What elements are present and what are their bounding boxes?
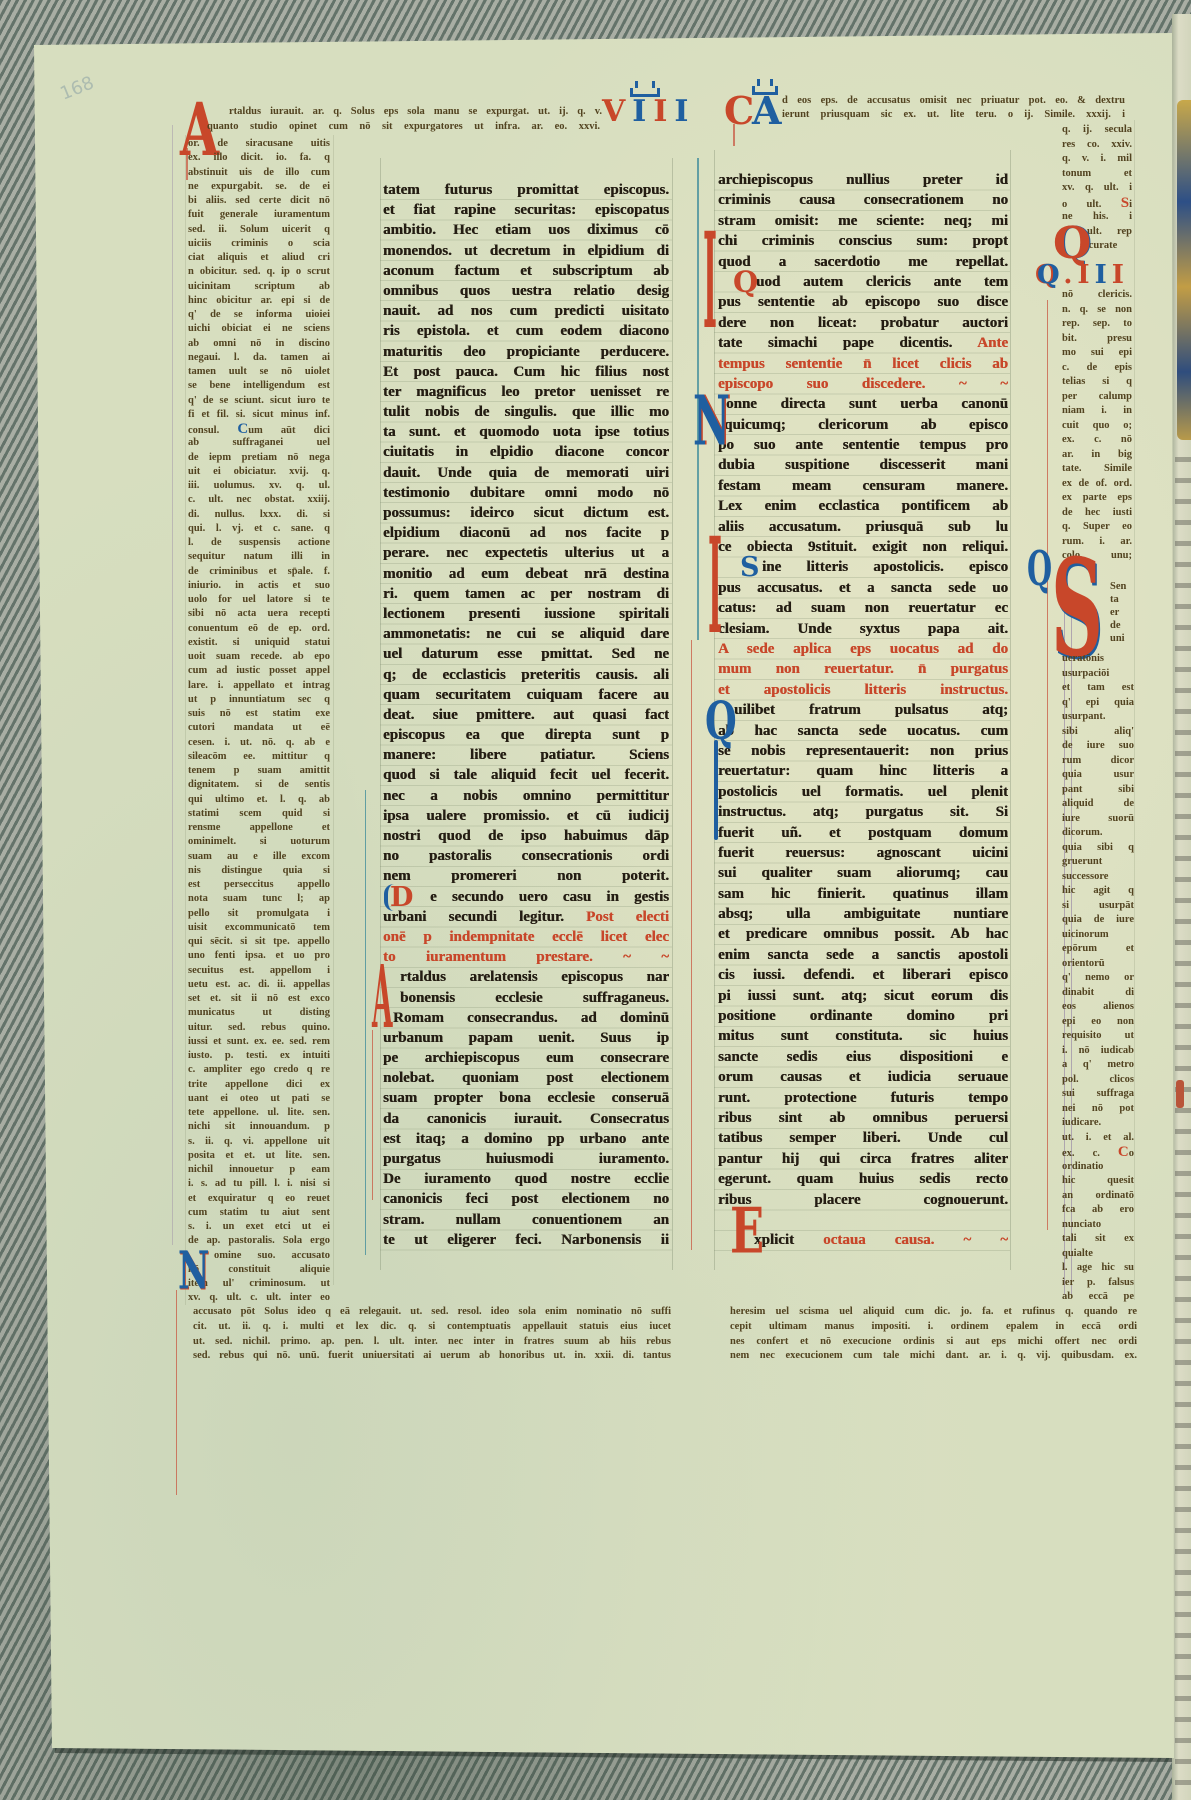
text-line: ter magnificus leo pretor uenisset re [383, 382, 669, 402]
gloss-line: negaui. l. da. tamen ai [188, 351, 330, 365]
text-line: ri. quem tamen ac per nostram di [383, 584, 669, 604]
text-line: fuerit reuersus: agnoscant uicini [718, 843, 1008, 863]
text-line: nolebat. quoniam post electionem [383, 1068, 669, 1088]
gloss-line: quia de iure [1062, 913, 1134, 928]
text-line: chi criminis conscius sum: propt [718, 231, 1008, 251]
gloss-line: n. q. se non [1062, 303, 1132, 318]
text-line: ribus sint ab omnibus peruersi [718, 1108, 1008, 1128]
gloss-line: de iure suo [1062, 739, 1134, 754]
gloss-line: uicinorum [1062, 928, 1134, 943]
gloss-line: or. de siracusane uitis [188, 137, 330, 151]
text-line: Et post pauca. Cum hic filius nost [383, 362, 669, 382]
gloss-line: est perseccitus appello [188, 878, 330, 892]
text-line: uilibet fratrum pulsatus atq; [718, 700, 1008, 720]
gloss-line: quia usur [1062, 768, 1134, 783]
text-line: dere non liceat: probatur auctori [718, 313, 1008, 333]
quaestio-dot: . [1063, 260, 1077, 290]
gloss-line: tonum et [1062, 167, 1132, 182]
gloss-line: lare. i. appellato et intrag [188, 679, 330, 693]
ruling-bound-line [1010, 150, 1011, 1270]
text-line: deat. siue pmittere. aut quasi fact [383, 705, 669, 725]
gloss-line: et tam est [1062, 681, 1134, 696]
text-line: elpidium diaconū ad nos facite p [383, 523, 669, 543]
gloss-line: s. i. un exet etci ut ei [188, 1220, 330, 1234]
gloss-line: cuit quo o; [1062, 419, 1132, 434]
text-line: monendos. ut decretum in elpidium di [383, 241, 669, 261]
text-line: quod a sacerdotio me repellat. [718, 252, 1008, 272]
gloss-segment: o [1129, 1148, 1134, 1159]
gloss-line-with-initial: o ult. Si [1062, 196, 1132, 211]
text-line: orum causas et iudicia seruaue [718, 1067, 1008, 1087]
text-line: Romam consecrandus. ad dominū [383, 1008, 669, 1028]
text-line: pus sententie ab episcopo suo disce [718, 292, 1008, 312]
gloss-line: ar. in big [1062, 448, 1132, 463]
text-line: uod autem clericis ante tem [718, 272, 1008, 292]
gloss-line: nichi sit innouandum. p [188, 1120, 330, 1134]
gloss-column-left: or. de siracusane uitis ex. illo dicit. … [188, 137, 330, 1306]
text-line: sam hic finierit. quatinus illam [718, 884, 1008, 904]
gloss-line: si usurpāt [1062, 899, 1134, 914]
text-line: ine litteris apostolicis. episco [718, 557, 1008, 577]
gloss-line: d eos eps. de accusatus omisit nec priua… [782, 94, 1125, 108]
gloss-line: se bene intelligendum est [188, 379, 330, 393]
rubric-line: A sede aplica eps uocatus ad do [718, 639, 1008, 659]
gloss-line: q' de se informa uioiei [188, 308, 330, 322]
gloss-line: de criminibus et sp̄ale. f. [188, 565, 330, 579]
text-line: no pastoralis consecrationis ordi [383, 846, 669, 866]
gloss-line: nis distingue quia si [188, 864, 330, 878]
gloss-line: ierunt priusquam sic ex. ut. lite teru. … [782, 108, 1125, 122]
pen-flourish-line [176, 1290, 177, 1495]
gloss-line: uno fenti ipsa. et uo pro [188, 949, 330, 963]
rubric-segment: Ante [977, 335, 1008, 351]
text-line: tatibus semper liberi. Unde cul [718, 1128, 1008, 1148]
gloss-line: hic quesit [1062, 1174, 1134, 1189]
text-line: catus: ad suam non reuertatur ec [718, 598, 1008, 618]
pen-flourish-line [691, 640, 692, 1250]
gloss-line: rensme appellone et [188, 821, 330, 835]
gloss-initial-c: C [237, 422, 248, 436]
gloss-line: res co. xxiv. [1062, 138, 1132, 153]
gloss-line: c. ampliter ego credo q re [188, 1063, 330, 1077]
decorated-initial-i: I [708, 522, 722, 654]
gloss-line: ex parte eps [1062, 491, 1132, 506]
text-line: quam securitatem cuiquam facere au [383, 685, 669, 705]
gloss-line: suam au e ille excom [188, 850, 330, 864]
text-line: positione ordinante domino pri [718, 1006, 1008, 1026]
rubric-line: to iuramentum prestare. ~ ~ [383, 947, 669, 967]
gloss-line-with-initial: ex. c. Co [1062, 1145, 1134, 1160]
gloss-line-with-initial: consul. Cum aūt dici [188, 422, 330, 436]
gloss-line: iniurio. in actis et suo [188, 579, 330, 593]
ruling-bound-line [333, 135, 334, 1285]
text-line: po suo ante sententie tempus pro [718, 435, 1008, 455]
gloss-line: fuit generale iuramentum [188, 208, 330, 222]
gloss-line: c. ult. nec obstat. xxiij. [188, 493, 330, 507]
gloss-line: suis nō est statim exe [188, 707, 330, 721]
text-line: pus accusatus. et a sancta sede uo [718, 578, 1008, 598]
text-line: uel daturum esse pmittat. Sed ne [383, 644, 669, 664]
text-line: egerunt. quam huius sedis recto [718, 1169, 1008, 1189]
gloss-line: fca ab ero [1062, 1203, 1134, 1218]
ruling-bound-line [185, 135, 186, 1305]
decorated-initial-i: I [703, 217, 717, 349]
gloss-line: Sen [1110, 580, 1134, 593]
decorated-initial-d: D [384, 884, 413, 911]
quaestio-numeral-letter: I [1095, 260, 1112, 290]
gloss-line: ne expurgabit. se. de ei [188, 180, 330, 194]
text-line: testimonio dubitare omni modo nō [383, 483, 669, 503]
text-line: bonensis ecclesie suffraganeus. [383, 988, 669, 1008]
gloss-line: ut. sed. nichil. primo. ap. pen. l. ult.… [193, 1335, 671, 1350]
gloss-line: de [1110, 619, 1134, 632]
gloss-line: ex. c. nō [1062, 433, 1132, 448]
text-segment: tate simachi pape dicentis. [718, 335, 952, 351]
gloss-line: ab eccā pe [1062, 1290, 1134, 1305]
numeral-letter: I [653, 94, 674, 129]
gloss-line: hinc obicitur ar. epi si de [188, 294, 330, 308]
text-line: nauit. ad nos cum predicti uisitato [383, 301, 669, 321]
text-line: q; de ecclasticis preteritis causis. ali [383, 665, 669, 685]
text-line: fuerit uñ. et postquam domum [718, 823, 1008, 843]
text-line: pi iussi sunt. atq; sicut eorum dis [718, 986, 1008, 1006]
gloss-line: sui suffraga [1062, 1087, 1134, 1102]
text-line: stram omisit: me sciente: neq; mi [718, 211, 1008, 231]
text-line: ciuitatis in elpidio diacone concor [383, 442, 669, 462]
text-line: ipsa ualere promissio. et cū iudicij [383, 806, 669, 826]
quaestio-marker: Q.III [1037, 262, 1129, 288]
gloss-line: q' epi quia [1062, 696, 1134, 711]
gloss-line: iii. uolumus. xv. q. ul. [188, 479, 330, 493]
gloss-line: q' de se sciunt. sicut iuro te [188, 394, 330, 408]
gloss-line: uetu est. ac. di. ii. appellas [188, 978, 330, 992]
gloss-line: sileacōm ee. mittitur q [188, 750, 330, 764]
ruling-bound-line [1134, 120, 1135, 1300]
text-line-with-rubric: tate simachi pape dicentis. Ante [718, 333, 1008, 353]
text-line: absq; ulla ambiguitate nuntiare [718, 904, 1008, 924]
text-line: purgatus huiusmodi iuramento. [383, 1149, 669, 1169]
gloss-line: ex de of. ord. [1062, 477, 1132, 492]
rubric-line: tempus sententie n̄ licet clicis ab [718, 354, 1008, 374]
gloss-line: cutori mandata ut eē [188, 721, 330, 735]
gloss-line: uiciis criminis o scia [188, 237, 330, 251]
gloss-line: successore [1062, 870, 1134, 885]
gloss-line: sequitur natum illi in [188, 550, 330, 564]
text-line: possumus: ideirco sicut dictum est. [383, 503, 669, 523]
causa-numeral: VIII [602, 97, 695, 127]
gloss-line: c. de epis [1062, 361, 1132, 376]
gloss-segment: consul. [188, 425, 219, 436]
gloss-line: de hec iusti [1062, 506, 1132, 521]
text-line: nostri quod de ipso habuimus dāp [383, 826, 669, 846]
rubric-segment: octaua causa. ~ ~ [823, 1232, 1008, 1248]
gloss-line: existit. si uniquid statui [188, 636, 330, 650]
gloss-line: uicinitam scriptum ab [188, 280, 330, 294]
gloss-line: qui sēcit. si sit tpe. appello [188, 935, 330, 949]
gloss-line: ab suffraganei uel [188, 436, 330, 450]
text-line: canonicis feci post electionem no [383, 1189, 669, 1209]
gloss-line: orientorū [1062, 957, 1134, 972]
gloss-segment: ex. c. [1062, 1148, 1100, 1159]
gloss-line: dinabit di [1062, 986, 1134, 1001]
text-line: aconum factum et subscriptum ab [383, 261, 669, 281]
gloss-header-left: rtaldus iurauit. ar. q. Solus eps sola m… [229, 105, 602, 119]
text-line: da canonicis iurauit. Consecratus [383, 1109, 669, 1129]
gloss-line: rum dicor [1062, 754, 1134, 769]
gloss-line: quialte [1062, 1247, 1134, 1262]
text-line: monitio ad eum debeat nrā destina [383, 564, 669, 584]
gloss-line: gruerunt [1062, 855, 1134, 870]
gloss-line: abstinuit uis de illo cum [188, 166, 330, 180]
decorated-initial-a: A [372, 957, 392, 1043]
gloss-line: rep. sep. to [1062, 317, 1132, 332]
gloss-line: nunciato [1062, 1218, 1134, 1233]
text-line: quicumq; clericorum ab episco [718, 415, 1008, 435]
gloss-initial-c: C [1118, 1145, 1129, 1160]
gloss-line: cum statim tu aiut sent [188, 1206, 330, 1220]
gloss-line: l. age hic su [1062, 1261, 1134, 1276]
text-line: manere: libere patiatur. Sciens [383, 745, 669, 765]
text-line: nec a nobis omnino permittitur [383, 786, 669, 806]
gloss-line: dignitatem. si de sentis [188, 778, 330, 792]
gloss-line: nichil innouetur p eam [188, 1163, 330, 1177]
text-line: pe archiepiscopus eum consecrare [383, 1048, 669, 1068]
pen-flourish-line [365, 790, 366, 1255]
gloss-line: sed. ii. Solum uicerit q [188, 223, 330, 237]
gloss-line: ex. illo dicit. io. fa. q [188, 151, 330, 165]
pen-flourish-line [372, 1030, 373, 1200]
gloss-line: iudicare. [1062, 1116, 1134, 1131]
rubric-line: onē p indempnitate ecclē licet elec [383, 927, 669, 947]
text-line: clesiam. Unde syxtus papa ait. [718, 619, 1008, 639]
text-line-with-rubric: urbani secundi legitur. Post electi [383, 907, 669, 927]
main-text-column-left: tatem futurus promittat episcopus. et fi… [383, 180, 669, 1250]
gloss-line: nes confert et nō execucione ordinis si … [730, 1335, 1137, 1350]
gloss-line: et exquiratur q eo reuet [188, 1192, 330, 1206]
decorated-initial-q: Q [1027, 545, 1052, 593]
gloss-line: pol. clicos [1062, 1073, 1134, 1088]
main-text-column-right: archiepiscopus nullius preter id crimini… [718, 170, 1008, 1251]
gloss-column-right-lower: ueratōnis usurpaciōi et tam est q' epi q… [1062, 652, 1134, 1305]
gloss-line: nem nec execucionem cum tale michi dant.… [730, 1349, 1137, 1364]
gloss-column-right-middle: nō clericis. n. q. se non rep. sep. to b… [1062, 288, 1132, 564]
text-line: ta sunt. et quomodo uota ipse totius [383, 422, 669, 442]
text-line: est itaq; a domino pp urbano ante [383, 1129, 669, 1149]
text-line: mitus sunt constituta. sic huius [718, 1026, 1008, 1046]
gloss-line: s. ii. q. vi. appellone uit [188, 1135, 330, 1149]
gloss-line: hic agit q [1062, 884, 1134, 899]
quaestio-numeral-letter: I [1077, 260, 1094, 290]
text-line: te ut eligerer feci. Narbonensis ii [383, 1230, 669, 1250]
gloss-line: tate. Simile [1062, 462, 1132, 477]
text-line: sancte sedis eius dispositioni e [718, 1047, 1008, 1067]
text-line: maturitis deo propiciante perducere. [383, 342, 669, 362]
text-line: onne directa sunt uerba canonū [718, 394, 1008, 414]
facing-page-illuminated-initial [1177, 100, 1191, 440]
text-line: omnibus quos uestra relatio desig [383, 281, 669, 301]
gloss-line: nei nō pot [1062, 1102, 1134, 1117]
gloss-line: nō clericis. [1062, 288, 1132, 303]
numeral-letter: I [674, 94, 695, 129]
pen-flourish-line [1047, 300, 1048, 1230]
numeral-letter: V [602, 94, 632, 129]
gloss-line: tete appellone. ul. lite. sen. [188, 1106, 330, 1120]
gloss-line: uant ei oteo ut pati se [188, 1092, 330, 1106]
numeral-letter: I [632, 94, 653, 129]
gloss-line: tali sit ex [1062, 1232, 1134, 1247]
gloss-line: bi aliis. sed certe dicit nō [188, 194, 330, 208]
gloss-line: sibi aliq' [1062, 725, 1134, 740]
decorated-initial-n: N [178, 1246, 209, 1298]
gloss-bottom-right: heresim uel scisma uel aliquid cum dic. … [730, 1305, 1137, 1364]
gloss-line: iure suorū [1062, 812, 1134, 827]
text-line: ambitio. Hec etiam uos diximus cō [383, 220, 669, 240]
text-line: criminis causa consecrationem no [718, 190, 1008, 210]
gloss-line: qui ultimo et. l. q. ab [188, 793, 330, 807]
gloss-column-right-beside-initial: Sen ta er de uni [1110, 580, 1134, 645]
facing-page-text-block [1175, 445, 1191, 1785]
text-line: suam propter bona ecclesie conseruā [383, 1088, 669, 1108]
gloss-line: ueratōnis [1062, 652, 1134, 667]
text-line: ris epistola. et cum eodem diacono [383, 321, 669, 341]
gloss-line: epōrum et [1062, 942, 1134, 957]
text-line: perare. nec expectetis ulterius ut a [383, 543, 669, 563]
gloss-line: ab omni nō in discino [188, 337, 330, 351]
text-line: episcopus ea que direpta sunt p [383, 725, 669, 745]
gloss-line: uisit excommunicatō tem [188, 921, 330, 935]
gloss-line: heresim uel scisma uel aliquid cum dic. … [730, 1305, 1137, 1320]
gloss-line: nota suam tunc l; ap [188, 892, 330, 906]
gloss-line: per calump [1062, 390, 1132, 405]
text-line: quod si tale aliquid fecit uel fecerit. [383, 765, 669, 785]
gloss-line: ordinatio [1062, 1160, 1134, 1175]
gloss-line: uitur. sed. rebus quino. [188, 1021, 330, 1035]
gloss-line: iusto. p. testi. ex intuiti [188, 1049, 330, 1063]
gloss-line: municatus ut disting [188, 1006, 330, 1020]
text-line: tatem futurus promittat episcopus. [383, 180, 669, 200]
gloss-line: conuentum eō de ep. ord. [188, 622, 330, 636]
facing-page-red-initial [1176, 1080, 1184, 1108]
rubric-line: episcopo suo discedere. ~ ~ [718, 374, 1008, 394]
gloss-line: uichi obiciat ei ne sciens [188, 322, 330, 336]
text-line: runt. protectione futuris tempo [718, 1088, 1008, 1108]
gloss-line: q. v. i. mil [1062, 152, 1132, 167]
gloss-line: uolo for uel latore si te [188, 593, 330, 607]
gloss-line: an ordinatō [1062, 1189, 1134, 1204]
text-line: rtaldus arelatensis episcopus nar [383, 967, 669, 987]
gloss-line: accusato pōt Solus ideo q eā relegauit. … [193, 1305, 671, 1320]
gloss-line: telias si q [1062, 375, 1132, 390]
gloss-line: i. nō iudicab [1062, 1044, 1134, 1059]
gloss-header-left-2: quanto studio opinet cum nō sit expurgat… [207, 120, 600, 134]
gloss-line: tenem p suam amittit [188, 764, 330, 778]
gloss-line: ut p innuntiatum sec q [188, 693, 330, 707]
gloss-line: uni [1110, 632, 1134, 645]
rubric-segment: Post electi [586, 909, 669, 925]
gloss-line: ominimelt. si uoturum [188, 835, 330, 849]
gloss-line: ut. i. et al. [1062, 1131, 1134, 1146]
gloss-line: pello sit promulgata i [188, 907, 330, 921]
gloss-line: posita et et. ut lite. sen. [188, 1149, 330, 1163]
gloss-line: bit. presu [1062, 332, 1132, 347]
text-line: lectionem presenti iussione spiritali [383, 604, 669, 624]
text-line: reuertatur: quam hinc litteris a [718, 761, 1008, 781]
quaestio-letter: Q [1037, 260, 1063, 290]
text-line: se nobis representauerit: non prius [718, 741, 1008, 761]
text-line: cis iussi. defendi. et liberari episco [718, 965, 1008, 985]
gloss-line: cepit ultimam manus impositi. i. ordinem… [730, 1320, 1137, 1335]
gloss-line: requisito ut [1062, 1029, 1134, 1044]
gloss-line: a q' metro [1062, 1058, 1134, 1073]
decorated-initial-e: E [730, 1200, 764, 1263]
gloss-line: fi et fil. si. sicut minus inf. [188, 408, 330, 422]
text-line: stram. nullam conuentionem an [383, 1210, 669, 1230]
gloss-line: sibi nō acta uera recepti [188, 607, 330, 621]
gloss-header-right: d eos eps. de accusatus omisit nec priua… [782, 94, 1125, 122]
gloss-line: trite appellone dici ex [188, 1078, 330, 1092]
gloss-line: ta [1110, 593, 1134, 606]
gloss-line: di. nullus. lxxx. di. si [188, 508, 330, 522]
gloss-line: cum ad iustic posset appel [188, 664, 330, 678]
text-line: dubia suspitione discesserit mani [718, 455, 1008, 475]
gloss-line: statimi scem quid si [188, 807, 330, 821]
text-line: ab hac sancta sede uocatus. cum [718, 721, 1008, 741]
gloss-line: xv. q. ult. i [1062, 181, 1132, 196]
gloss-line: de iepm pretiam nō nega [188, 451, 330, 465]
text-line: pantur hij qui circa fratres aliter [718, 1149, 1008, 1169]
gloss-line: pant sibi [1062, 783, 1134, 798]
gloss-line: qui. l. vj. et c. sane. q [188, 522, 330, 536]
text-line: et fiat rapine securitas: episcopatus [383, 200, 669, 220]
gloss-line: niam i. in [1062, 404, 1132, 419]
text-line: tulit nobis de singulis. que illic mo [383, 402, 669, 422]
pen-flourish-line [172, 125, 173, 1245]
text-line: archiepiscopus nullius preter id [718, 170, 1008, 190]
gloss-line: set et. sit ii nō est exco [188, 992, 330, 1006]
gloss-segment: o ult. [1062, 199, 1101, 210]
text-line: ce obiecta 9stituit. exigit non reliqui. [718, 537, 1008, 557]
gloss-line: tamen uult se nō uiolet [188, 365, 330, 379]
gloss-line: mo sui epi [1062, 346, 1132, 361]
text-line: enim sancta sede a sanctis apostoli [718, 945, 1008, 965]
text-line: ammonetatis: ne cui se aliquid dare [383, 624, 669, 644]
text-line: sui qualiter suam aliorumq; cau [718, 863, 1008, 883]
gloss-line: er [1110, 606, 1134, 619]
text-line: De iuramento quod nostre ecclie [383, 1169, 669, 1189]
ruling-bound-line [672, 158, 673, 1270]
gloss-line: quanto studio opinet cum nō sit expurgat… [207, 120, 600, 134]
gloss-line: iussi et sunt. ex. ee. sed. rem [188, 1035, 330, 1049]
text-line: e secundo uero casu in gestis [383, 887, 669, 907]
decorated-initial-a: A [752, 92, 781, 130]
gloss-line: cesen. i. ut. nō. q. ab e [188, 736, 330, 750]
gloss-line: cit. ut. ii. q. i. multi et lex dic. q. … [193, 1320, 671, 1335]
decorated-initial-q: Q [733, 268, 758, 297]
decorated-initial-s: S [740, 554, 760, 581]
gloss-line: uit ei obiciatur. xvij. q. [188, 465, 330, 479]
gloss-line: quia sibi q [1062, 841, 1134, 856]
text-line: instructus. atq; purgatus sit. Si [718, 802, 1008, 822]
decorated-initial-q: Q [705, 696, 737, 748]
gloss-line: eos alienos [1062, 1000, 1134, 1015]
gloss-line: usurpaciōi [1062, 667, 1134, 682]
ruling-bound-line [380, 158, 381, 1270]
quaestio-numeral-letter: I [1112, 260, 1129, 290]
text-line: postolicis uel formatis. uel plenit [718, 782, 1008, 802]
gloss-line: n obicitur. sed. q. ip o scrut [188, 265, 330, 279]
gloss-line: sed. rebus qui nō. unū. fuerit uniuersit… [193, 1349, 671, 1364]
gloss-line: epi eo non [1062, 1015, 1134, 1030]
